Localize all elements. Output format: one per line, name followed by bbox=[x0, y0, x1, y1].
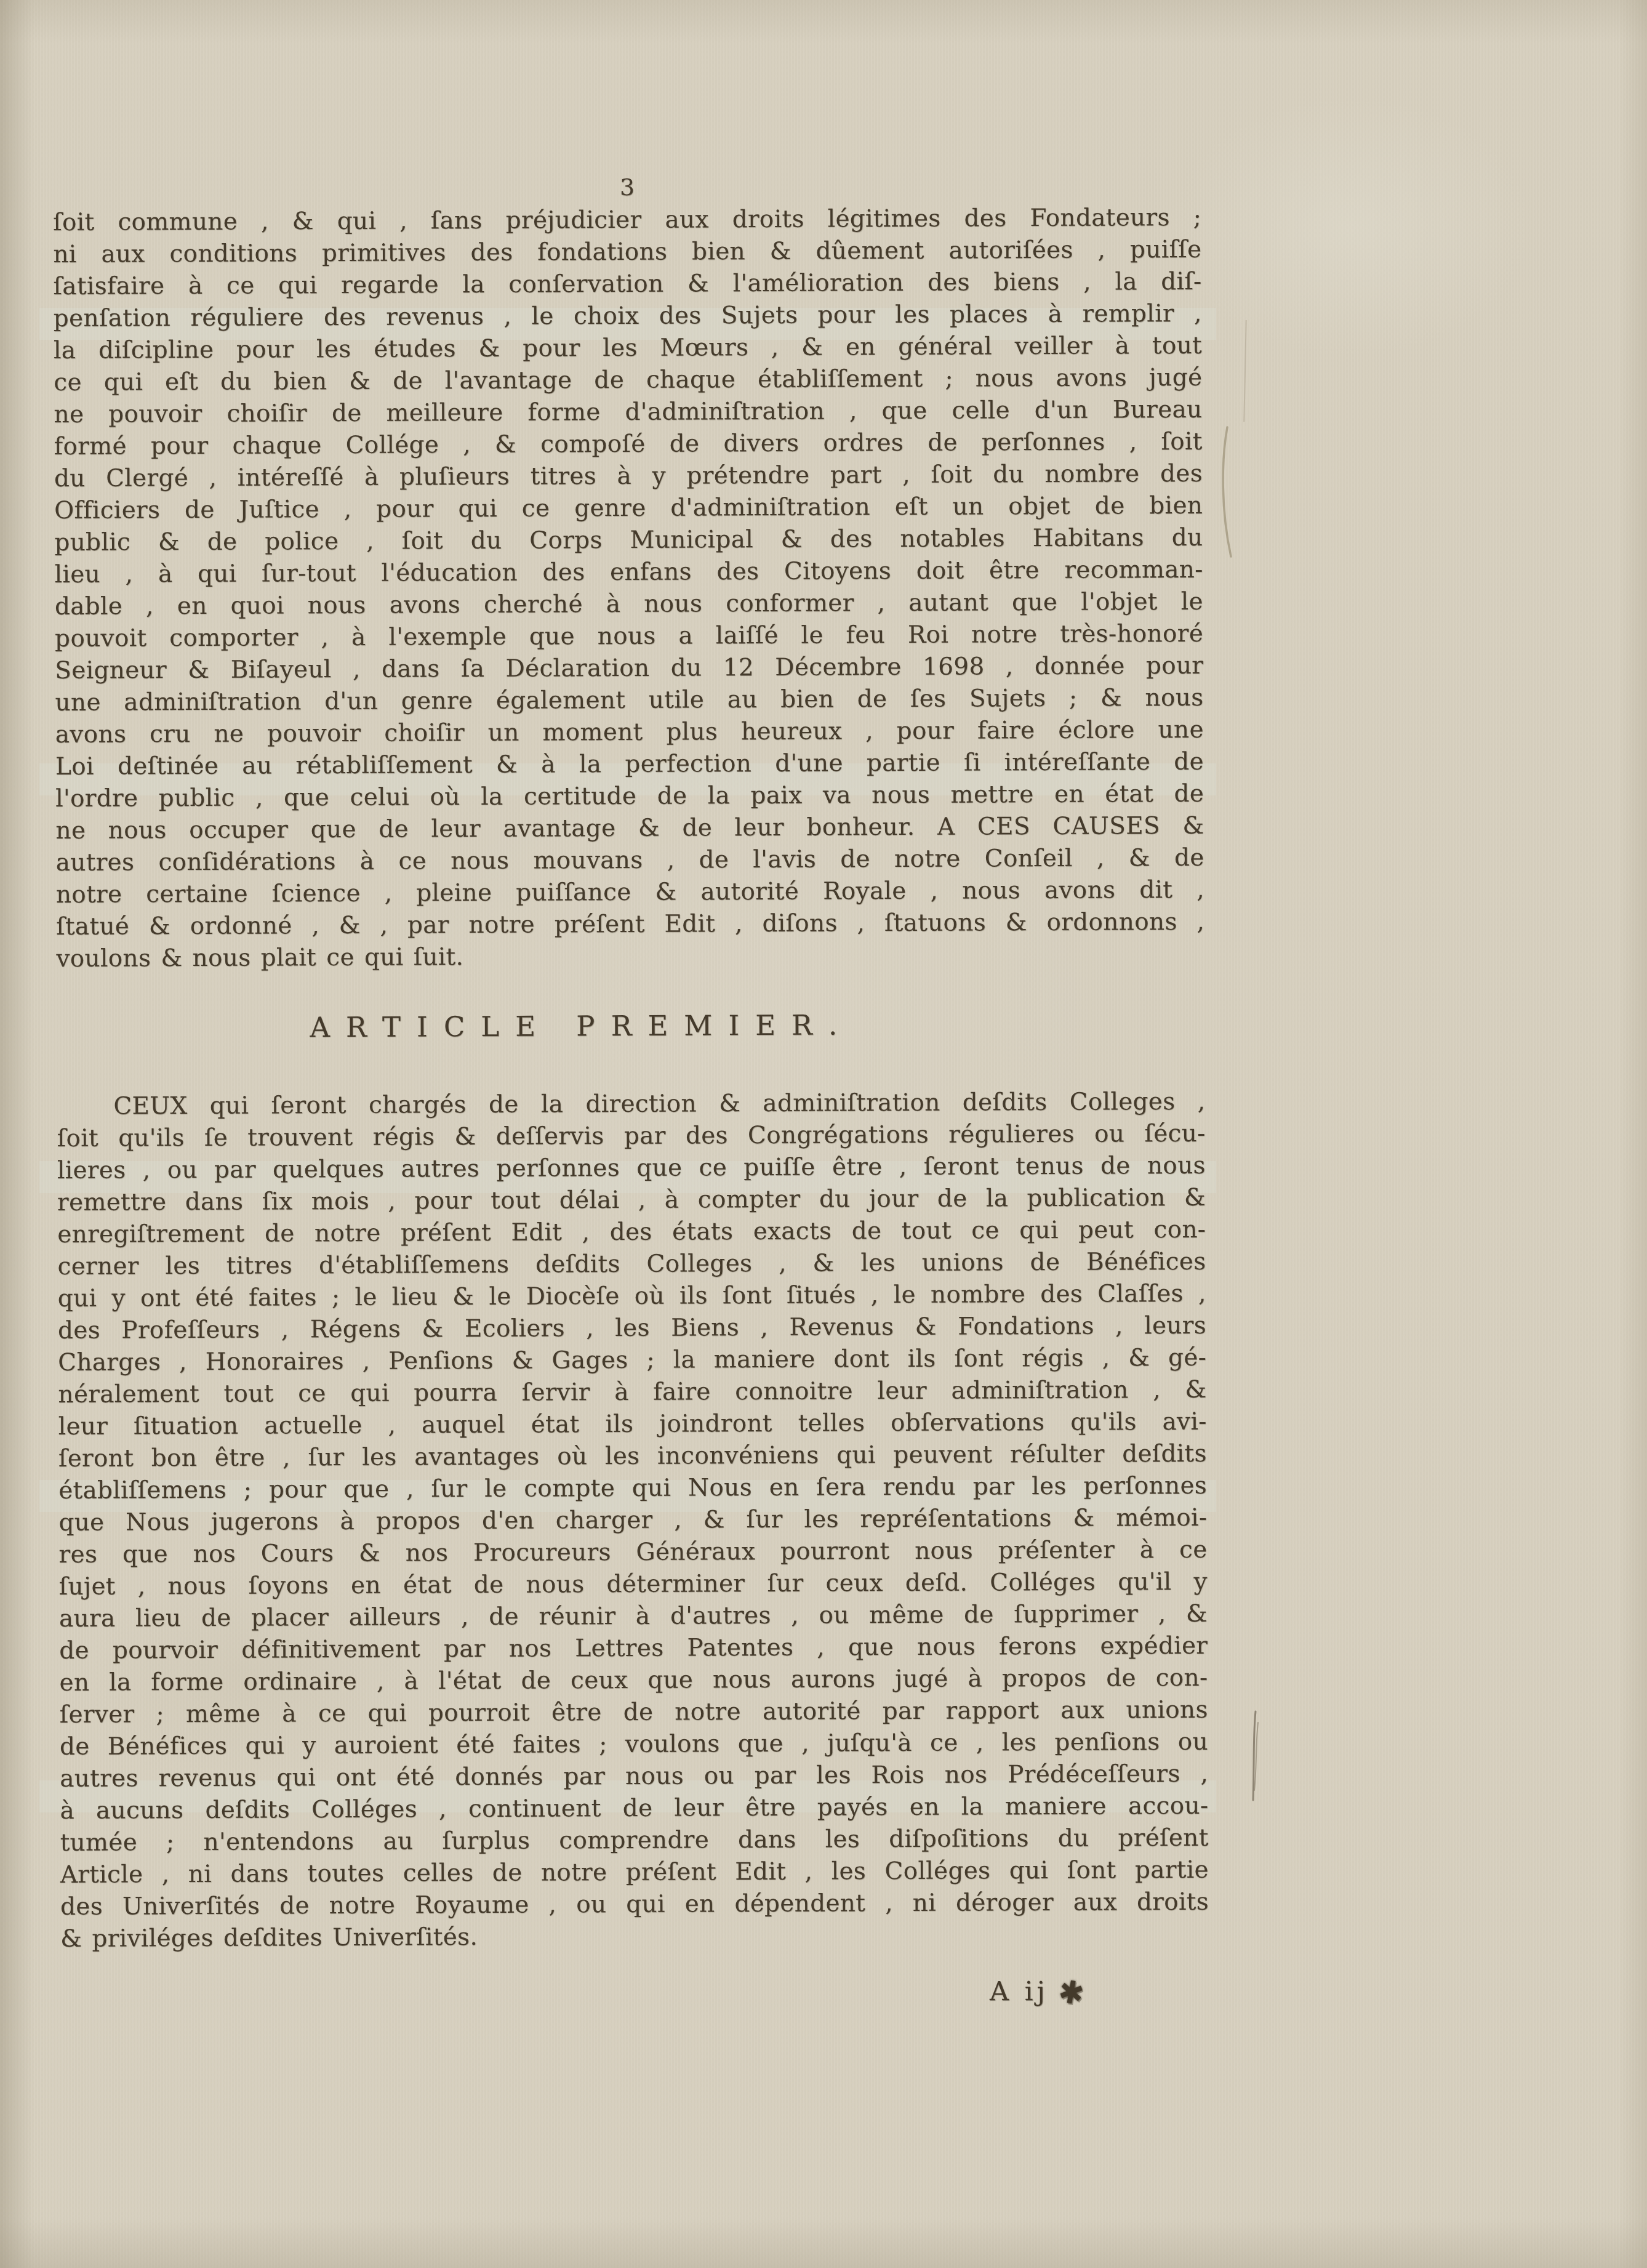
text-line: ni aux conditions primitives des fondati… bbox=[53, 234, 1201, 271]
text-line: ſoit qu'ils ſe trouvent régis & deſſervi… bbox=[57, 1118, 1205, 1155]
text-line: que Nous jugerons à propos d'en charger … bbox=[58, 1502, 1207, 1539]
text-line: ce qui eſt du bien & de l'avantage de ch… bbox=[54, 362, 1202, 399]
text-line: des Profeſſeurs , Régens & Ecoliers , le… bbox=[58, 1310, 1206, 1347]
text-line: des Univerſités de notre Royaume , ou qu… bbox=[60, 1886, 1209, 1923]
text-line: établiſſemens ; pour que , ſur le compte… bbox=[58, 1470, 1207, 1507]
text-line: ſtatué & ordonné , & , par notre préſent… bbox=[56, 906, 1204, 943]
text-line: Charges , Honoraires , Penſions & Gages … bbox=[58, 1342, 1206, 1379]
text-line: néralement tout ce qui pourra ſervir à f… bbox=[58, 1374, 1206, 1411]
text-line: remettre dans ſix mois , pour tout délai… bbox=[57, 1182, 1206, 1219]
text-line: ſoit commune , & qui , ſans préjudicier … bbox=[53, 202, 1201, 239]
article-heading: ARTICLE PREMIER. bbox=[57, 1005, 1205, 1048]
text-line: ſatisfaire à ce qui regarde la conſervat… bbox=[53, 266, 1201, 303]
text-line: autres revenus qui ont été donnés par no… bbox=[60, 1758, 1208, 1795]
text-line: Officiers de Juſtice , pour qui ce genre… bbox=[54, 490, 1203, 527]
signature-flourish-icon: ✱ bbox=[1056, 1972, 1090, 2014]
text-line: Seigneur & Biſayeul , dans ſa Déclaratio… bbox=[55, 650, 1203, 687]
text-line: pouvoit comporter , à l'exemple que nous… bbox=[55, 618, 1203, 655]
text-line: res que nos Cours & nos Procureurs Génér… bbox=[58, 1534, 1207, 1571]
text-line: ne pouvoir choiſir de meilleure forme d'… bbox=[54, 394, 1202, 431]
text-line: ſeront bon être , ſur les avantages où l… bbox=[58, 1438, 1207, 1475]
text-line: qui y ont été faites ; le lieu & le Dioc… bbox=[58, 1278, 1206, 1315]
text-line: Article , ni dans toutes celles de notre… bbox=[60, 1854, 1209, 1891]
margin-ink-stroke-lower bbox=[1247, 1710, 1265, 1803]
paragraph-2: CEUX qui ſeront chargés de la direction … bbox=[57, 1086, 1209, 1955]
text-line: autres conſidérations à ce nous mouvans … bbox=[56, 842, 1204, 879]
text-line: Loi deſtinée au rétabliſſement & à la pe… bbox=[55, 746, 1204, 783]
text-line: cerner les titres d'établiſſemens deſdit… bbox=[57, 1246, 1206, 1283]
text-line: enregiſtrement de notre préſent Edit , d… bbox=[57, 1214, 1206, 1251]
text-line: penſation réguliere des revenus , le cho… bbox=[54, 298, 1202, 335]
text-line: en la forme ordinaire , à l'état de ceux… bbox=[59, 1662, 1208, 1699]
paragraph-1: ſoit commune , & qui , ſans préjudicier … bbox=[53, 202, 1204, 975]
signature-mark: A ij✱ bbox=[990, 1974, 1087, 2007]
text-line: public & de police , ſoit du Corps Munic… bbox=[54, 522, 1203, 559]
margin-ink-stroke-upper bbox=[1220, 425, 1238, 560]
signature-text: A ij bbox=[990, 1976, 1049, 2007]
text-line: lieres , ou par quelques autres perſonne… bbox=[57, 1150, 1206, 1187]
text-line: ſerver ; même à ce qui pourroit être de … bbox=[60, 1694, 1208, 1731]
text-line: une adminiſtration d'un genre également … bbox=[55, 682, 1203, 719]
text-line: avons cru ne pouvoir choiſir un moment p… bbox=[55, 714, 1204, 751]
text-line: notre certaine ſcience , pleine puiſſanc… bbox=[56, 874, 1204, 911]
text-line: de Bénéfices qui y auroient été faites ;… bbox=[60, 1726, 1208, 1763]
text-line: du Clergé , intéreſſé à pluſieurs titres… bbox=[54, 458, 1203, 495]
text-line: & priviléges deſdites Univerſités. bbox=[60, 1918, 1209, 1955]
scanned-page: { "page": { "number": "3", "signature": … bbox=[0, 0, 1647, 2268]
text-line: lieu , à qui ſur-tout l'éducation des en… bbox=[54, 554, 1203, 591]
paper-fold-line bbox=[1243, 320, 1246, 422]
text-line: CEUX qui ſeront chargés de la direction … bbox=[57, 1086, 1205, 1123]
text-line: tumée ; n'entendons au ſurplus comprendr… bbox=[60, 1822, 1208, 1859]
text-line: aura lieu de placer ailleurs , de réunir… bbox=[59, 1598, 1208, 1635]
text-line: dable , en quoi nous avons cherché à nou… bbox=[55, 586, 1203, 623]
page-number: 3 bbox=[53, 174, 1201, 201]
text-line: la diſcipline pour les études & pour les… bbox=[54, 330, 1202, 367]
text-line: à aucuns deſdits Colléges , continuent d… bbox=[60, 1790, 1208, 1827]
body-text: ſoit commune , & qui , ſans préjudicier … bbox=[53, 202, 1209, 1955]
text-line: ne nous occuper que de leur avantage & d… bbox=[55, 810, 1204, 847]
text-line: voulons & nous plait ce qui ſuit. bbox=[56, 938, 1204, 975]
text-line: leur ſituation actuelle , auquel état il… bbox=[58, 1406, 1207, 1443]
text-line: formé pour chaque Collége , & compoſé de… bbox=[54, 426, 1203, 463]
text-line: ſujet , nous ſoyons en état de nous déte… bbox=[59, 1566, 1208, 1603]
text-line: de pourvoir définitivement par nos Lettr… bbox=[59, 1630, 1208, 1667]
text-line: l'ordre public , que celui où la certitu… bbox=[55, 778, 1204, 815]
